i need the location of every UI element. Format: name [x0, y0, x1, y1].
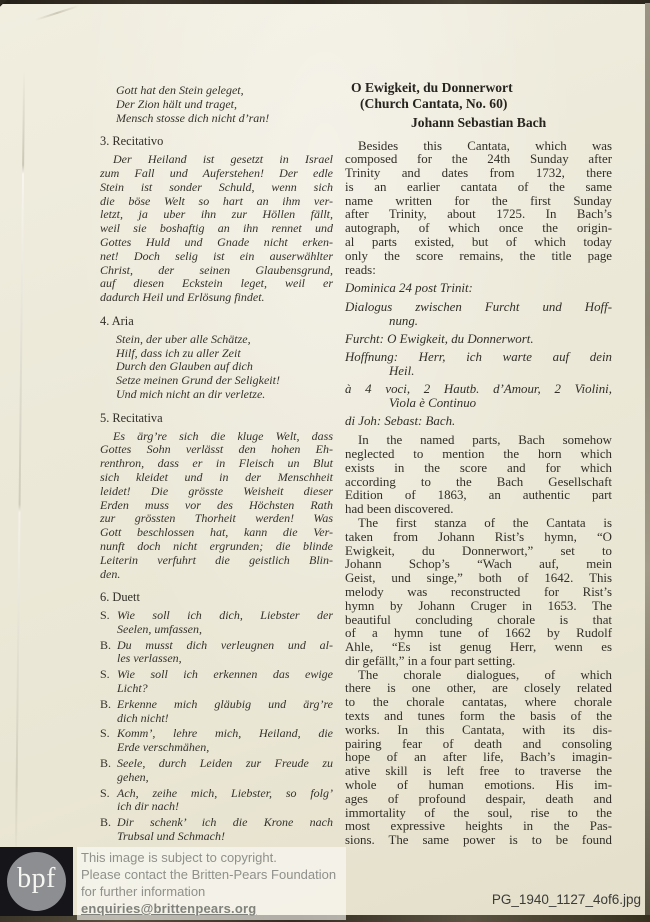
- text-line: neglected to mention the horn which: [345, 448, 612, 462]
- text-line: Christ, der seinen Glaubensgrund,: [100, 264, 333, 278]
- text-line: Besides this Cantata, which was: [345, 140, 612, 154]
- prose-paragraph: In the named parts, Bach somehowneglecte…: [345, 434, 612, 517]
- text-line: dir gefällt,” in a four part setting.: [345, 655, 612, 669]
- duet-continuation-line: Erde verschmähen,: [117, 741, 333, 755]
- right-column: O Ewigkeit, du Donnerwort (Church Cantat…: [345, 80, 612, 848]
- text-line: Leiterin verfuhrt die geistlich Blin-: [100, 554, 333, 568]
- duet-voice-label: B.: [100, 698, 117, 712]
- text-line: sich kleidet und in der Menschheit: [100, 471, 333, 485]
- cantata-title: O Ewigkeit, du Donnerwort: [345, 80, 612, 96]
- text-line: reads:: [345, 264, 612, 278]
- libretto-paragraph: Es ärg’re sich die kluge Welt, dassGotte…: [100, 430, 333, 582]
- text-line: beautiful concluding chorale is that: [345, 614, 612, 628]
- text-line: al parts existed, but of which today: [345, 236, 612, 250]
- bpf-logo: bpf: [0, 847, 73, 916]
- text-line: hymn by Johann Cruger in 1653. The: [345, 600, 612, 614]
- duet-first-line: S.Komm’, lehre mich, Heiland, die: [100, 727, 333, 741]
- text-line: Johann Schop’s “Wach auf, mein: [345, 558, 612, 572]
- duet-item: S.Wie soll ich dich, Liebster derSeelen,…: [100, 609, 333, 637]
- text-line: zur grössten Thorheit werden! Was: [100, 512, 333, 526]
- section-heading: 3. Recitativo: [100, 135, 333, 149]
- text-line: Gottes Sohn verlässt den hohen Eh-: [100, 443, 333, 457]
- duet-first-line: B.Du musst dich verleugnen und al-: [100, 639, 333, 653]
- text-line: hope of an after life, Bach’s imagin-: [345, 751, 612, 765]
- prose-paragraph: The first stanza of the Cantata istaken …: [345, 517, 612, 669]
- duet-continuation-line: ich dir nach!: [117, 800, 333, 814]
- text-line: name written for the first Sunday: [345, 195, 612, 209]
- text-line: texts and tunes form the basis of the: [345, 710, 612, 724]
- bpf-logo-circle: bpf: [7, 852, 66, 911]
- text-line: melody was reconstructed for Rist’s: [345, 586, 612, 600]
- text-line: taken from Johann Rist’s hymn, “O: [345, 531, 612, 545]
- duet-continuation-line: les verlassen,: [117, 652, 333, 666]
- verse-line: Gott hat den Stein geleget,: [116, 84, 333, 98]
- scanned-page: Gott hat den Stein geleget,Der Zion hält…: [0, 0, 650, 922]
- duet-item: S.Wie soll ich erkennen das ewigeLicht?: [100, 668, 333, 696]
- text-line: whole of human emotions. His im-: [345, 779, 612, 793]
- verse-block: Stein, der uber alle Schätze,Hilf, dass …: [100, 333, 333, 402]
- duet-first-line: S.Wie soll ich dich, Liebster der: [100, 609, 333, 623]
- transcription-continuation: Viola è Continuo: [345, 397, 612, 411]
- text-line: of a hymn tune of 1662 by Rudolf: [345, 627, 612, 641]
- text-line: Erden muss vor des Höchsten Rath: [100, 499, 333, 513]
- duet-item: S.Komm’, lehre mich, Heiland, dieErde ve…: [100, 727, 333, 755]
- duet-first-line: B.Dir schenk’ ich die Krone nach: [100, 816, 333, 830]
- text-line: die böse Welt so hart an ihm ver-: [100, 195, 333, 209]
- duet-continuation-line: Seelen, umfassen,: [117, 623, 333, 637]
- transcription-line: Dialogus zwischen Furcht und Hoff-: [345, 301, 612, 315]
- text-line: autograph, of which once the origin-: [345, 222, 612, 236]
- text-line: exists in the score and for which: [345, 462, 612, 476]
- watermark-line-2: Please contact the Britten-Pears Foundat…: [81, 866, 336, 883]
- text-line: Es ärg’re sich die kluge Welt, dass: [100, 430, 333, 444]
- cantata-subtitle: (Church Cantata, No. 60): [345, 96, 612, 112]
- duet-voice-label: B.: [100, 816, 117, 830]
- text-line: letzt, ja uber ihn zur Höllen fällt,: [100, 208, 333, 222]
- duet-continuation-line: Trubsal und Schmach!: [117, 830, 333, 844]
- section-heading: 6. Duett: [100, 591, 333, 605]
- transcription-entry: Hoffnung: Herr, ich warte auf deinHeil.: [345, 351, 612, 379]
- duet-continuation-line: dich nicht!: [117, 712, 333, 726]
- duet-voice-label: S.: [100, 609, 117, 623]
- text-line: only the score remains, the title page: [345, 250, 612, 264]
- text-line: according to the Bach Gesellschaft: [345, 476, 612, 490]
- scan-corner-shadow: [0, 0, 10, 9]
- transcription-continuation: nung.: [345, 315, 612, 329]
- section-heading: 5. Recitativa: [100, 412, 333, 426]
- text-line: net! Doch selig ist ein auserwählter: [100, 250, 333, 264]
- prose-paragraph: Besides this Cantata, which wascomposed …: [345, 140, 612, 278]
- text-line: ages of profound despair, death and: [345, 793, 612, 807]
- transcription-line: Furcht: O Ewigkeit, du Donnerwort.: [345, 333, 612, 347]
- verse-line: Der Zion hält und traget,: [116, 98, 333, 112]
- text-line: Stein ist sonder Schuld, wenn sich: [100, 181, 333, 195]
- duet-block: S.Wie soll ich dich, Liebster derSeelen,…: [100, 609, 333, 844]
- transcription-line: di Joh: Sebast: Bach.: [345, 415, 612, 429]
- left-column: Gott hat den Stein geleget,Der Zion hält…: [100, 84, 333, 844]
- duet-continuation-line: gehen,: [117, 771, 333, 785]
- text-line: In the named parts, Bach somehow: [345, 434, 612, 448]
- duet-item: B.Du musst dich verleugnen und al-les ve…: [100, 639, 333, 667]
- transcription-entry: di Joh: Sebast: Bach.: [345, 415, 612, 429]
- transcription-entry: Furcht: O Ewigkeit, du Donnerwort.: [345, 333, 612, 347]
- text-line: works. In this Cantata, with its dis-: [345, 724, 612, 738]
- text-line: sions. The same power is to be found: [345, 834, 612, 848]
- section-heading: 4. Aria: [100, 315, 333, 329]
- transcription-line: Dominica 24 post Trinit:: [345, 282, 612, 296]
- watermark-line-1: This image is subject to copyright.: [81, 849, 336, 866]
- verse-line: Hilf, dass ich zu aller Zeit: [116, 347, 333, 361]
- duet-voice-label: S.: [100, 727, 117, 741]
- verse-line: Durch den Glauben auf dich: [116, 360, 333, 374]
- text-line: immortality of the soul, rise to the: [345, 807, 612, 821]
- verse-line: Und mich nicht an dir verletze.: [116, 388, 333, 402]
- text-line: weil sie boshaftig an ihn rennet und: [100, 222, 333, 236]
- verse-line: Setze meinen Grund der Seligkeit!: [116, 374, 333, 388]
- transcription-entry: à 4 voci, 2 Hautb. d’Amour, 2 Violini,Vi…: [345, 383, 612, 411]
- duet-voice-label: B.: [100, 639, 117, 653]
- duet-item: B.Seele, durch Leiden zur Freude zugehen…: [100, 757, 333, 785]
- text-line: The first stanza of the Cantata is: [345, 517, 612, 531]
- text-line: Der Heiland ist gesetzt in Israel: [100, 153, 333, 167]
- verse-line: Mensch stosse dich nicht d’ran!: [116, 112, 333, 126]
- watermark-text-block: This image is subject to copyright. Plea…: [77, 847, 346, 920]
- verse-block: Gott hat den Stein geleget,Der Zion hält…: [100, 84, 333, 125]
- paper-crease-vertical: [15, 70, 25, 860]
- text-line: Edition of 1863, an authentic part: [345, 489, 612, 503]
- text-line: ative skill is left free to traverse the: [345, 765, 612, 779]
- text-line: zum Fall und Auferstehen! Der edle: [100, 167, 333, 181]
- text-line: Gott beschlossen hat, kann die Ver-: [100, 526, 333, 540]
- text-line: nunft doch nicht ergrunden; die blinde: [100, 540, 333, 554]
- duet-continuation-line: Licht?: [117, 682, 333, 696]
- transcription-line: Hoffnung: Herr, ich warte auf dein: [345, 351, 612, 365]
- transcription-entry: Dialogus zwischen Furcht und Hoff-nung.: [345, 301, 612, 329]
- text-line: most expressive heights in the Pas-: [345, 820, 612, 834]
- text-line: composed for the 24th Sunday after: [345, 153, 612, 167]
- transcription-entry: Dominica 24 post Trinit:: [345, 282, 612, 296]
- duet-item: S.Ach, zeihe mich, Liebster, so folg’ich…: [100, 787, 333, 815]
- composer-name: Johann Sebastian Bach: [411, 115, 612, 131]
- text-line: Gottes Huld und Gnade nicht erken-: [100, 236, 333, 250]
- duet-first-line: B.Seele, durch Leiden zur Freude zu: [100, 757, 333, 771]
- transcription-continuation: Heil.: [345, 365, 612, 379]
- paper-crease-diagonal: [35, 5, 79, 21]
- duet-voice-label: B.: [100, 757, 117, 771]
- text-line: renthron, dass er in Fleisch un Blut: [100, 457, 333, 471]
- text-line: leidet! Die grösste Weisheit dieser: [100, 485, 333, 499]
- bpf-logo-text: bpf: [17, 865, 56, 898]
- duet-item: B.Dir schenk’ ich die Krone nachTrubsal …: [100, 816, 333, 844]
- text-line: had been discovered.: [345, 503, 612, 517]
- text-line: dadurch Heil und Erlösung findet.: [100, 291, 333, 305]
- text-line: after Trinity, about 1725. In Bach’s: [345, 208, 612, 222]
- text-line: pairing fear of death and consoling: [345, 738, 612, 752]
- duet-item: B.Erkenne mich gläubig und ärg’redich ni…: [100, 698, 333, 726]
- text-line: Trinity and dates from 1732, there: [345, 167, 612, 181]
- text-line: Geist, und singe,” both of 1642. This: [345, 572, 612, 586]
- scan-edge-top: [0, 0, 650, 4]
- text-line: there is one other, are closely related: [345, 682, 612, 696]
- text-line: Ewigkeit, du Donnerwort,” set to: [345, 545, 612, 559]
- text-line: to the chorale cantatas, where chorale: [345, 696, 612, 710]
- watermark-email-link[interactable]: enquiries@brittenpears.org: [81, 900, 336, 917]
- duet-first-line: B.Erkenne mich gläubig und ärg’re: [100, 698, 333, 712]
- duet-voice-label: S.: [100, 668, 117, 682]
- transcription-line: à 4 voci, 2 Hautb. d’Amour, 2 Violini,: [345, 383, 612, 397]
- verse-line: Stein, der uber alle Schätze,: [116, 333, 333, 347]
- prose-paragraph: The chorale dialogues, of whichthere is …: [345, 669, 612, 848]
- title-page-transcription: Dominica 24 post Trinit:Dialogus zwische…: [345, 282, 612, 429]
- libretto-paragraph: Der Heiland ist gesetzt in Israelzum Fal…: [100, 153, 333, 305]
- right-column-text: Besides this Cantata, which wascomposed …: [345, 140, 612, 849]
- scan-edge-right: [645, 3, 650, 916]
- duet-first-line: S.Ach, zeihe mich, Liebster, so folg’: [100, 787, 333, 801]
- duet-first-line: S.Wie soll ich erkennen das ewige: [100, 668, 333, 682]
- text-line: Ahle, “Es ist genug Herr, wenn es: [345, 641, 612, 655]
- text-line: The chorale dialogues, of which: [345, 669, 612, 683]
- watermark-line-3: for further information: [81, 883, 336, 900]
- text-line: auf diesen Eckstein leget, weil er: [100, 277, 333, 291]
- text-line: den.: [100, 568, 333, 582]
- filename-label: PG_1940_1127_4of6.jpg: [492, 892, 641, 907]
- text-line: is an earlier cantata of the same: [345, 181, 612, 195]
- duet-voice-label: S.: [100, 787, 117, 801]
- copyright-watermark: bpf This image is subject to copyright. …: [0, 847, 346, 920]
